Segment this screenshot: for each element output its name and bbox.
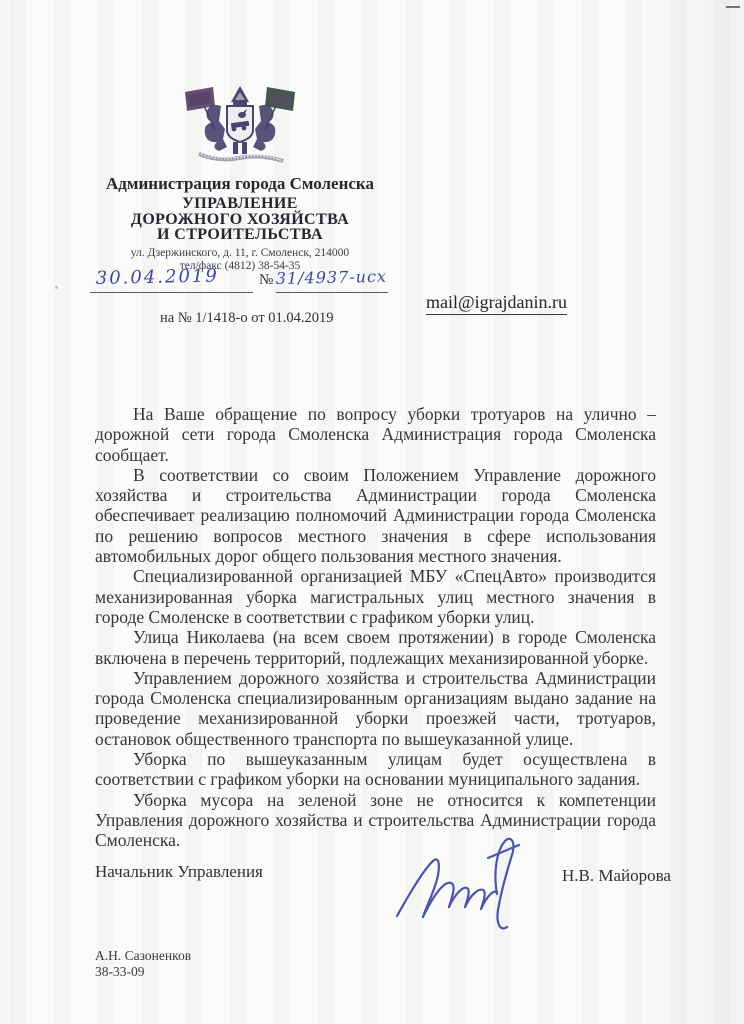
- paragraph: Уборка мусора на зеленой зоне не относит…: [95, 790, 656, 851]
- number-sign-label: №: [259, 272, 273, 289]
- outgoing-number-handwritten: 31/4937-исх: [276, 267, 388, 288]
- outgoing-number-field: 31/4937-исх: [276, 266, 388, 293]
- executor-phone: 38-33-09: [95, 964, 191, 980]
- letter-body: На Ваше обращение по вопросу уборки трот…: [95, 404, 656, 851]
- executor-block: А.Н. Сазоненков 38-33-09: [95, 948, 191, 980]
- signer-name: Н.В. Майорова: [562, 866, 671, 886]
- signer-position-title: Начальник Управления: [95, 862, 263, 882]
- org-name-line3: И СТРОИТЕЛЬСТВА: [58, 227, 422, 243]
- org-name-line2: ДОРОЖНОГО ХОЗЯЙСТВА: [58, 212, 422, 228]
- paragraph: Специализированной организацией МБУ «Спе…: [95, 566, 656, 627]
- paragraph: На Ваше обращение по вопросу уборки трот…: [95, 404, 656, 465]
- paragraph: Уборка по вышеуказанным улицам будет осу…: [95, 749, 656, 790]
- smolensk-coat-of-arms-icon: [181, 84, 299, 164]
- executor-name: А.Н. Сазоненков: [95, 948, 191, 964]
- in-reply-to-reference: на № 1/1418-о от 01.04.2019: [160, 310, 334, 327]
- org-parent-name: Администрация города Смоленска: [58, 174, 422, 193]
- letterhead: Администрация города Смоленска УПРАВЛЕНИ…: [58, 84, 422, 272]
- org-address: ул. Дзержинского, д. 11, г. Смоленск, 21…: [58, 247, 422, 259]
- outgoing-date-handwritten: 30.04.2019: [96, 265, 219, 289]
- outgoing-date-field: 30.04.2019: [90, 266, 253, 293]
- paragraph: В соответствии со своим Положением Управ…: [95, 465, 656, 566]
- paragraph: Улица Николаева (на всем своем протяжени…: [95, 627, 656, 668]
- recipient-email: mail@igrajdanin.ru: [426, 292, 567, 315]
- paragraph: Управлением дорожного хозяйства и строит…: [95, 668, 656, 749]
- scan-corner-artifact: [726, 6, 740, 8]
- org-name-line1: УПРАВЛЕНИЕ: [58, 196, 422, 212]
- handwritten-signature-icon: [393, 830, 533, 938]
- scan-speck: [55, 286, 58, 289]
- scanned-letter-page: Администрация города Смоленска УПРАВЛЕНИ…: [0, 0, 744, 1024]
